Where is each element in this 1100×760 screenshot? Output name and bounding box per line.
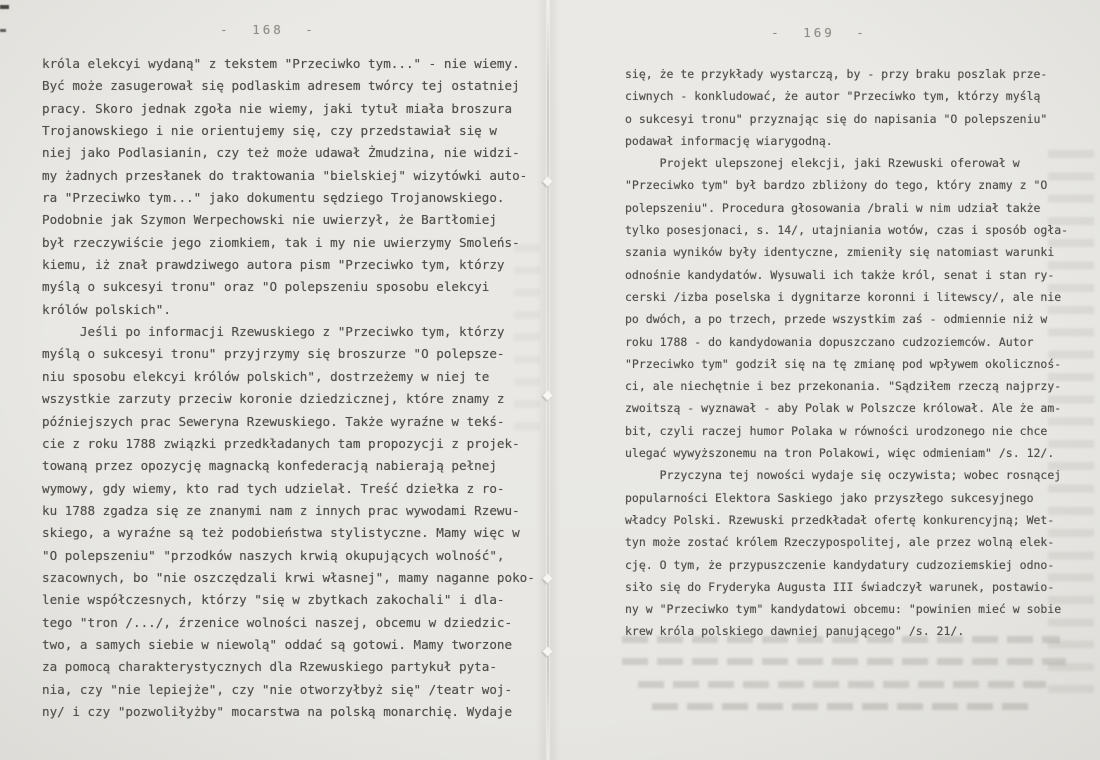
text-line: wymowy, gdy wiemy, kto rad tych udzielał… <box>42 478 534 500</box>
bleed-through-line <box>622 658 1066 665</box>
text-line: Przyczyna tej nowości wydaje się oczywis… <box>625 464 1049 486</box>
text-line: myślą o sukcesyi tronu" oraz "O polepsze… <box>42 276 534 298</box>
page-168-text: króla elekcyi wydaną" z tekstem "Przeciw… <box>42 53 534 723</box>
text-line: ciwnych - konkludować, że autor "Przeciw… <box>625 85 1049 107</box>
text-line: my żadnych przesłanek do traktowania "bi… <box>42 165 534 187</box>
page-169-text: się, że te przykłady wystarczą, by - prz… <box>625 63 1049 643</box>
text-line: ra "Przeciwko tym..." jako dokumentu sęd… <box>42 187 534 209</box>
text-line: nia, czy "nie lepiejże", czy "nie otworz… <box>42 679 534 701</box>
text-line: się, że te przykłady wystarczą, by - prz… <box>625 63 1049 85</box>
binding-crease <box>536 0 560 760</box>
text-line: niej jako Podlasianin, czy też może udaw… <box>42 142 534 164</box>
text-line: ulegać wywyższonemu na tron Polakowi, wi… <box>625 442 1049 464</box>
text-line: tylko posesjonaci, s. 14/, utajniania wo… <box>625 219 1049 241</box>
text-line: myślą o sukcesyi tronu" przyjrzymy się b… <box>42 343 534 365</box>
text-line: roku 1788 - do kandydowania dopuszczano … <box>625 331 1049 353</box>
text-line: podawał informację wiarygodną. <box>625 130 1049 152</box>
text-line: siło się do Fryderyka Augusta III świadc… <box>625 576 1049 598</box>
text-line: Podobnie jak Szymon Werpechowski nie uwi… <box>42 209 534 231</box>
crease-nick <box>543 177 553 187</box>
text-line: popularności Elektora Saskiego jako przy… <box>625 487 1049 509</box>
text-line: późniejszych prac Seweryna Rzewuskiego. … <box>42 411 534 433</box>
text-line: zwoitszą - wyznawał - aby Polak w Polszc… <box>625 397 1049 419</box>
text-line: two, a samych siebie w niewolą" oddać są… <box>42 634 534 656</box>
text-line: ku 1788 zgadza się ze znanymi nam z inny… <box>42 500 534 522</box>
text-line: tego "tron /.../, źrzenice wolności nasz… <box>42 612 534 634</box>
scan-edge-mark <box>0 29 6 32</box>
text-line: Trojanowskiego i nie orientujemy się, cz… <box>42 120 534 142</box>
crease-nick <box>543 574 553 584</box>
text-line: skiego, a wyraźne są też podobieństwa st… <box>42 522 534 544</box>
scan-edge-mark <box>0 5 9 9</box>
text-line: cie z roku 1788 związki przedkładanych t… <box>42 433 534 455</box>
bleed-through-line <box>622 636 1060 643</box>
page-number-left: - 168 - <box>42 22 494 37</box>
text-line: niu sposobu elekcyi królów polskich", do… <box>42 366 534 388</box>
text-line: królów polskich". <box>42 299 534 321</box>
text-line: Projekt ulepszonej elekcji, jaki Rzewusk… <box>625 152 1049 174</box>
text-line: za pomocą charakterystycznych dla Rzewus… <box>42 656 534 678</box>
text-line: wszystkie zarzuty przeciw koronie dziedz… <box>42 388 534 410</box>
text-line: cję. O tym, że przypuszczenie kandydatur… <box>625 554 1049 576</box>
text-line: władcy Polski. Rzewuski przedkładał ofer… <box>625 509 1049 531</box>
bleed-through-line <box>638 681 1046 688</box>
text-line: ci, ale niechętnie i bez przekonania. "S… <box>625 375 1049 397</box>
text-line: tyn może zostać królem Rzeczypospolitej,… <box>625 531 1049 553</box>
text-line: był rzeczywiście jego ziomkiem, tak i my… <box>42 232 534 254</box>
text-line: "O polepszeniu" "przodków naszych krwią … <box>42 545 534 567</box>
text-line: polepszeniu". Procedura głosowania /bral… <box>625 197 1049 219</box>
text-line: króla elekcyi wydaną" z tekstem "Przeciw… <box>42 53 534 75</box>
crease-nick <box>543 391 553 401</box>
bleed-through-text <box>622 636 1068 725</box>
text-line: szacownych, bo "nie oszczędzali krwi wła… <box>42 567 534 589</box>
text-line: ny w "Przeciwko tym" kandydatowi obcemu:… <box>625 598 1049 620</box>
text-line: towaną przez opozycję magnacką konfedera… <box>42 455 534 477</box>
text-line: cerski /izba poselska i dygnitarze koron… <box>625 286 1049 308</box>
text-line: szania wyników były identyczne, zmieniły… <box>625 241 1049 263</box>
bleed-through-line <box>652 703 1034 710</box>
text-line: bit, czyli raczej humor Polaka w równośc… <box>625 420 1049 442</box>
text-line: odnośnie kandydatów. Wysuwali ich także … <box>625 264 1049 286</box>
text-line: ny/ i czy "pozwoliłyżby" mocarstwa na po… <box>42 701 534 723</box>
text-line: kiemu, iż znał prawdziwego autora pism "… <box>42 254 534 276</box>
bleed-through-smudge <box>1048 150 1094 706</box>
book-scan: - 168 - króla elekcyi wydaną" z tekstem … <box>0 0 1100 760</box>
text-line: o sukcesyi tronu" przyznając się do napi… <box>625 108 1049 130</box>
text-line: "Przeciwko tym" był bardzo zbliżony do t… <box>625 174 1049 196</box>
text-line: pracy. Skoro jednak zgoła nie wiemy, jak… <box>42 98 534 120</box>
text-line: lenie współczesnych, którzy "się w zbytk… <box>42 589 534 611</box>
page-number-right: - 169 - <box>625 25 1013 40</box>
text-line: Jeśli po informacji Rzewuskiego z "Przec… <box>42 321 534 343</box>
crease-nick <box>543 647 553 657</box>
text-line: "Przeciwko tym" godził się na tę zmianę … <box>625 353 1049 375</box>
text-line: Być może zasugerował się podlaskim adres… <box>42 75 534 97</box>
text-line: po dwóch, a po trzech, przede wszystkim … <box>625 308 1049 330</box>
